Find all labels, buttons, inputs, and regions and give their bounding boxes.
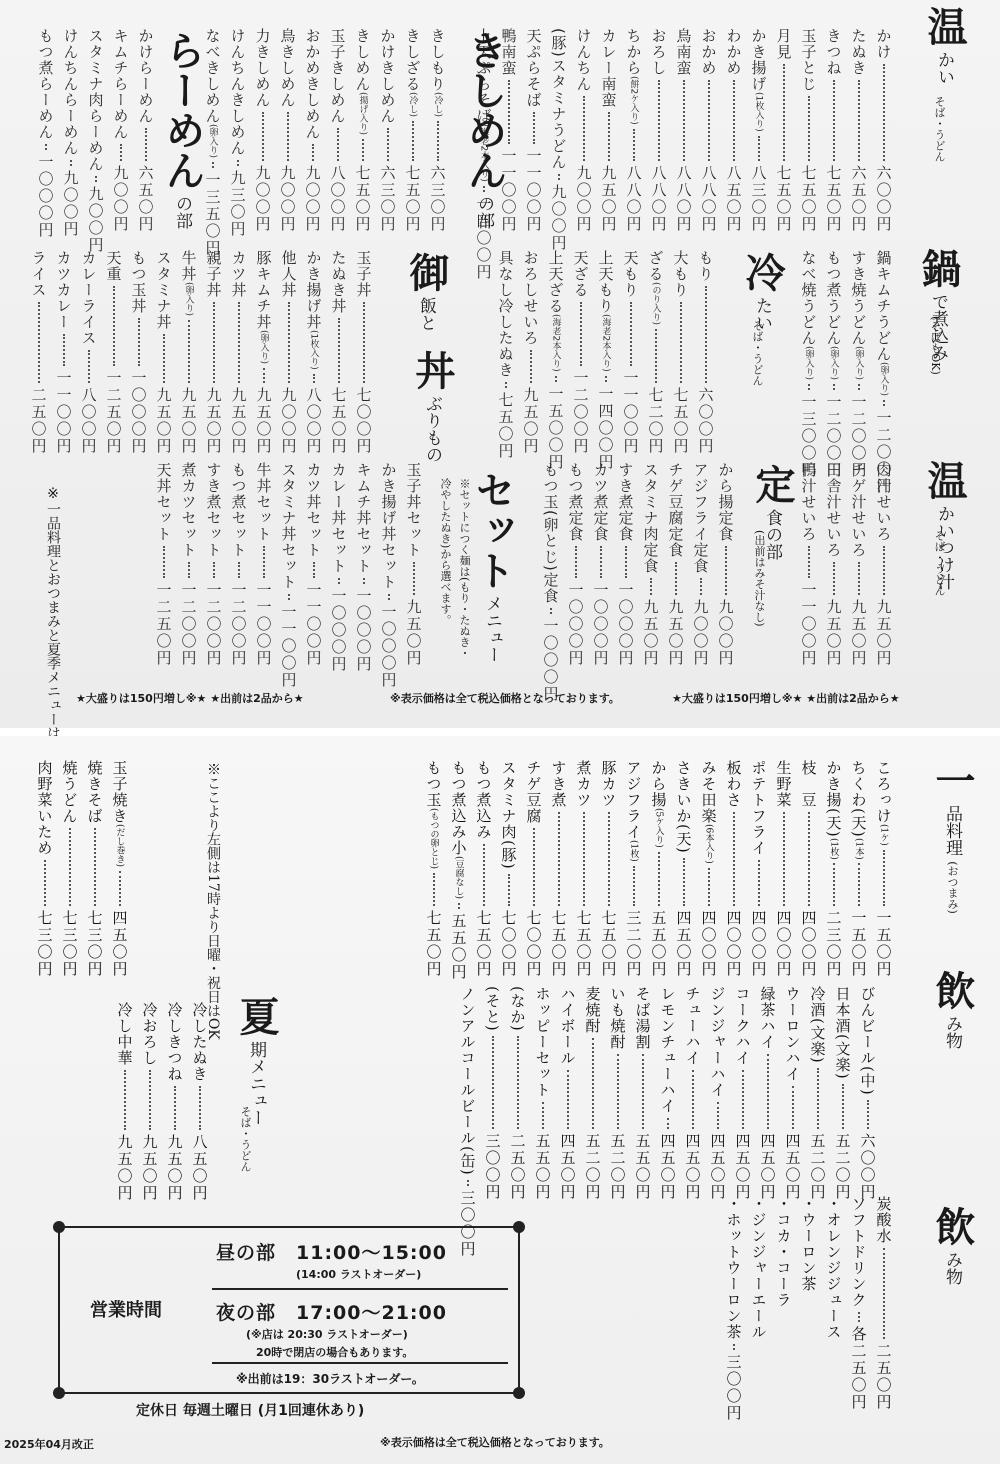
item-name: チューハイ	[682, 986, 704, 1066]
heading-sub: (出前はみそ汁なし)	[753, 530, 766, 627]
menu-item: きつね七五〇円	[821, 28, 846, 233]
item-price: 二五〇円	[28, 387, 50, 455]
item-name: 大もり	[670, 250, 692, 298]
heading-sub: の部	[474, 195, 494, 229]
leader-dots	[238, 562, 240, 578]
leader-dots	[842, 1084, 844, 1129]
heading-sub: (そばもOK)	[929, 316, 942, 375]
leader-dots	[617, 1054, 619, 1129]
evening-list: 玉子焼き(だし巻き)四五〇円焼きそば七三〇円焼うどん七三〇円肉野菜いため七三〇円	[32, 760, 132, 978]
leader-dots	[533, 828, 535, 906]
menu-item: アジフライ(1枚)三二〇円	[621, 760, 646, 978]
item-price: 一五〇〇円	[545, 386, 567, 471]
menu-item: 豚キムチ丼(卵入り)九五〇円	[251, 250, 276, 455]
menu-item: もつ玉(もつの卵とじ)七五〇円	[421, 760, 446, 978]
leader-dots	[188, 320, 190, 383]
item-name: 冷おろし	[139, 1002, 161, 1066]
item-price: 一二五〇円	[103, 370, 125, 455]
item-price: 七〇〇円	[498, 910, 520, 978]
leader-dots	[650, 578, 652, 595]
corner-dot	[513, 1387, 525, 1399]
leader-dots	[95, 176, 97, 182]
item-name: コークハイ	[732, 986, 754, 1066]
item-note: (のり入り)	[645, 282, 667, 325]
leader-dots	[212, 162, 214, 168]
menu-item: もつ煮うどん(卵入り)一二〇〇円	[821, 250, 846, 455]
leader-dots	[583, 812, 585, 906]
item-price: 九五〇円	[848, 599, 870, 667]
heading-sub: の部	[172, 195, 192, 229]
leader-dots	[288, 594, 290, 600]
item-name: 煮カツセット	[178, 462, 200, 558]
item-price: 四〇〇円	[798, 910, 820, 978]
leader-dots	[680, 302, 682, 383]
divider	[212, 1362, 508, 1364]
item-note: (卵入り)	[798, 346, 820, 380]
leader-dots	[337, 128, 339, 161]
item-name: 冷したぬき	[189, 1002, 211, 1082]
item-name: もつ煮うどん	[823, 250, 845, 346]
leader-dots	[725, 546, 727, 595]
leader-dots	[883, 64, 885, 161]
menu-item: 他人丼九〇〇円	[276, 250, 301, 455]
item-note: (卵入り)	[873, 362, 895, 396]
menu-item: (豚)スタミナうどん九〇〇円	[546, 28, 571, 233]
early-close-note: 20時で閉店の場合もあります。	[256, 1344, 413, 1360]
lunch-last-order: (14:00 ラストオーダー)	[296, 1266, 421, 1282]
nabe-list: 鍋キムチうどん(卵入り)一二〇〇円すき焼うどん(卵入り)一二〇〇円もつ煮うどん(…	[796, 250, 896, 455]
heading-sub: そば・うどん	[239, 1106, 252, 1172]
menu-item: わかめ八五〇円	[721, 28, 746, 233]
leader-dots	[630, 302, 632, 366]
leader-dots	[558, 812, 560, 906]
item-price: 九五〇円	[153, 387, 175, 455]
heading-char: セット	[469, 470, 516, 590]
leader-dots	[625, 546, 627, 578]
item-price: 九〇〇円	[715, 599, 737, 667]
menu-item: 肉汁せいろ九五〇円	[871, 462, 896, 667]
item-name: いも焼酎	[607, 986, 629, 1050]
item-name: もつ煮込み	[473, 760, 495, 840]
lunch-hours: 昼の部 11:00〜15:00	[216, 1238, 447, 1265]
menu-item: かき揚(天)(1枚)二三〇円	[821, 760, 846, 978]
item-name: かけ	[873, 28, 895, 60]
item-name: スタミナ丼	[153, 250, 175, 330]
item-price: 各二五〇円	[848, 1326, 870, 1411]
item-name: かき揚(天)	[823, 760, 845, 838]
menu-item: 大もり七五〇円	[668, 250, 693, 455]
menu-item: 玉子焼き(だし巻き)四五〇円	[107, 760, 132, 978]
item-price: 五五〇円	[632, 1133, 654, 1201]
menu-item: もつ煮込み七五〇円	[471, 760, 496, 978]
corner-dot	[53, 1387, 65, 1399]
leader-dots	[313, 374, 315, 383]
item-name: 月見	[773, 28, 795, 60]
item-name: 冷酒(文楽)	[807, 986, 829, 1064]
item-name: きつね	[823, 28, 845, 76]
item-price: 一〇〇〇円	[128, 370, 150, 455]
item-note: (だし巻き)	[109, 824, 131, 867]
menu-item: カレーライス八〇〇円	[76, 250, 101, 455]
item-name: アジフライ	[623, 760, 645, 840]
item-note: (豆腐なし)	[448, 856, 470, 899]
leader-dots	[530, 350, 532, 383]
leader-dots	[783, 812, 785, 906]
item-name: 上天もり	[595, 250, 617, 314]
menu-item: ジンジャーハイ四五〇円	[705, 986, 730, 1201]
item-name: びんビール(中)	[857, 986, 879, 1096]
menu-item: 煮カツセット一二〇〇円	[176, 462, 201, 667]
menu-item: 力きしめん九〇〇円	[250, 28, 275, 233]
menu-item: 月見七五〇円	[771, 28, 796, 233]
leader-dots	[658, 80, 660, 161]
menu-item: キムチ丼セット一〇〇〇円	[351, 462, 376, 667]
item-price: 七五〇円	[798, 165, 820, 233]
item-name: もつ煮らーめん	[35, 28, 57, 140]
leader-dots	[38, 302, 40, 383]
item-name: 生野菜	[773, 760, 795, 808]
leader-dots	[733, 1344, 735, 1350]
leader-dots	[883, 1248, 885, 1339]
item-price: 七二〇円	[645, 387, 667, 455]
item-price: 八〇〇円	[327, 165, 349, 233]
item-name: 冷し中華	[114, 1002, 136, 1066]
item-price: 九五〇円	[114, 1134, 136, 1202]
item-name: ・ジンジャーエール	[748, 1196, 770, 1340]
donburi-heading2: 丼 ぶりもの	[410, 350, 454, 463]
leader-dots	[213, 562, 215, 578]
item-name: すき煮	[548, 760, 570, 808]
leader-dots	[363, 302, 365, 383]
item-name: チゲ豆腐	[523, 760, 545, 824]
item-name: カツ煮定食	[590, 462, 612, 542]
item-price: 六五〇円	[848, 165, 870, 233]
item-name: すき煮セット	[203, 462, 225, 558]
item-name: カツ丼	[228, 250, 250, 298]
item-price: 八八〇円	[673, 165, 695, 233]
summer-list: 冷したぬき八五〇円冷しきつね九五〇円冷おろし九五〇円冷し中華九五〇円	[112, 1002, 212, 1202]
item-price: 一一〇〇円	[620, 370, 642, 455]
item-price: 六〇〇円	[857, 1133, 879, 1201]
leader-dots	[575, 546, 577, 578]
menu-item: かき揚げ丼セット一〇〇〇円	[376, 462, 401, 667]
heading-sub: ぶりもの	[422, 395, 442, 463]
leader-dots	[608, 812, 610, 906]
menu-item: もつ煮セット一二〇〇円	[226, 462, 251, 667]
corner-dot	[513, 1221, 525, 1233]
menu-item: アジフライ定食九〇〇円	[688, 462, 713, 667]
leader-dots	[517, 1036, 519, 1129]
leader-dots	[338, 578, 340, 584]
menu-item: ・ジンジャーエール	[746, 1196, 771, 1411]
item-name: 炭酸水	[873, 1196, 895, 1244]
item-name: 他人丼	[278, 250, 300, 298]
heading-char: らーめん	[159, 30, 206, 190]
menu-item: 肉野菜いため七三〇円	[32, 760, 57, 978]
item-name: もつ玉(卵とじ)定食	[540, 462, 562, 604]
menu-item: ちから(餅2ケ入り)八八〇円	[621, 28, 646, 233]
item-price: 七五〇円	[352, 165, 374, 233]
item-name: おろし	[648, 28, 670, 76]
leader-dots	[413, 562, 415, 595]
leader-dots	[833, 562, 835, 595]
item-name: たぬき	[848, 28, 870, 76]
leader-dots	[199, 1086, 201, 1130]
leader-dots	[708, 868, 710, 906]
menu-item: 鳥南蛮八八〇円	[671, 28, 696, 233]
heading-kana: かい	[934, 51, 954, 85]
dinner-hours: 夜の部 17:00〜21:00	[216, 1298, 447, 1325]
leader-dots	[138, 318, 140, 366]
leader-dots	[700, 578, 702, 595]
menu-item: すき煮定食一〇〇〇円	[613, 462, 638, 667]
menu-item: 生野菜四〇〇円	[771, 760, 796, 978]
menu-item: 親子丼九五〇円	[201, 250, 226, 455]
heading-char: 丼	[409, 350, 456, 390]
leader-dots	[675, 562, 677, 595]
item-price: 五二〇円	[832, 1133, 854, 1201]
item-name: きしもり	[427, 28, 449, 92]
leader-dots	[174, 1086, 176, 1130]
leader-dots	[833, 384, 835, 390]
item-price: 一一〇〇円	[798, 582, 820, 667]
item-price: 七三〇円	[59, 910, 81, 978]
item-name: スタミナ肉(豚)	[498, 760, 520, 870]
item-price: 六三〇円	[377, 165, 399, 233]
item-price: 九〇〇円	[85, 186, 107, 254]
item-price: 九五〇円	[640, 599, 662, 667]
leader-dots	[70, 160, 72, 166]
item-price: 七五〇円	[548, 910, 570, 978]
menu-item: ・コカ・コーラ	[771, 1196, 796, 1411]
item-price: 五二〇円	[807, 1133, 829, 1201]
leader-dots	[858, 1312, 860, 1322]
menu-item: 緑茶ハイ四五〇円	[755, 986, 780, 1201]
leader-dots	[642, 1054, 644, 1129]
menu-item: 天もり一一〇〇円	[618, 250, 643, 455]
menu-item: 上天もり(海老2本入り)一四〇〇円	[593, 250, 618, 455]
leader-dots	[45, 144, 47, 150]
menu-item: 具なし冷したぬき七五〇円	[493, 250, 518, 455]
item-price: 一二〇〇円	[203, 582, 225, 667]
item-name: キムチ丼セット	[353, 462, 375, 574]
item-name: ポテトフライ	[748, 760, 770, 856]
item-name: 玉子丼	[353, 250, 375, 298]
menu-item: 枝 豆四〇〇円	[796, 760, 821, 978]
menu-item: 牛丼(卵入り)九五〇円	[176, 250, 201, 455]
leader-dots	[833, 863, 835, 906]
item-note: (卵入り)	[848, 346, 870, 380]
item-price: 一一〇〇円	[278, 604, 300, 689]
menu-item: 冷酒(文楽)五二〇円	[805, 986, 830, 1201]
item-price: 五五〇円	[532, 1133, 554, 1201]
item-note: (卵入り)	[823, 346, 845, 380]
set-note: ※セットにつく麺は(もり・たぬき・冷やしたぬき)から選べます。	[436, 478, 474, 668]
item-name: かけらーめん	[135, 28, 157, 124]
delivery-last-order: ※出前は19：30ラストオーダー。	[236, 1370, 424, 1387]
menu-item: カレー丼セット一〇〇〇円	[326, 462, 351, 667]
kishimen-list: きしもり(冷し)六三〇円きしざる(冷し)七五〇円かけきしめん六三〇円きしめん(揚…	[200, 28, 450, 233]
item-name: けんちんらーめん	[60, 28, 82, 156]
leader-dots	[742, 1070, 744, 1129]
set-heading: セット メニュー	[470, 470, 514, 663]
menu-item: スタミナ丼九五〇円	[151, 250, 176, 455]
menu-item: コークハイ四五〇円	[730, 986, 755, 1201]
item-price: 四五〇円	[707, 1133, 729, 1201]
leader-dots	[758, 136, 760, 161]
donburi-heading: 御 飯と	[404, 252, 448, 331]
menu-item: スタミナ肉(豚)七〇〇円	[496, 760, 521, 978]
item-price: 四五〇円	[657, 1133, 679, 1201]
item-name: 天重	[103, 250, 125, 282]
heading-char: 飲	[929, 970, 976, 1010]
item-name: (なか)	[507, 986, 529, 1032]
leader-dots	[658, 852, 660, 906]
item-price: 四〇〇円	[698, 910, 720, 978]
heading-char: 鍋	[915, 248, 962, 288]
menu-item: 豚カツ七五〇円	[596, 760, 621, 978]
business-hours-box: 営業時間 昼の部 11:00〜15:00 (14:00 ラストオーダー) 夜の部…	[58, 1226, 520, 1394]
item-name: きしざる	[402, 28, 424, 92]
item-name: ジンジャーハイ	[707, 986, 729, 1098]
item-name: ・コカ・コーラ	[773, 1196, 795, 1308]
item-price: 一五〇円	[873, 910, 895, 978]
item-price: 七五〇円	[573, 910, 595, 978]
item-name: なべ焼うどん	[798, 250, 820, 346]
ippin-heading: 一 品料理 (おつまみ)	[930, 760, 974, 914]
menu-item: ハイボール四五〇円	[555, 986, 580, 1201]
item-name: 焼きそば	[84, 760, 106, 824]
item-price: 一〇〇〇円	[328, 588, 350, 673]
menu-item: おかめきしめん九〇〇円	[300, 28, 325, 233]
menu-item: レモンチューハイ四五〇円	[655, 986, 680, 1201]
menu-item: きしめん(揚げ入り)七五〇円	[350, 28, 375, 233]
item-name: 鳥南蛮	[673, 28, 695, 76]
item-name: かき揚げ	[748, 28, 770, 92]
menu-item: けんちん九〇〇円	[571, 28, 596, 233]
heading-sub: そば・うどん	[933, 530, 946, 596]
item-note: (海老2本入り)	[545, 314, 567, 372]
leader-dots	[69, 828, 71, 906]
menu-item: ちくわ(天)(1本)一五〇円	[846, 760, 871, 978]
menu-item: かけきしめん六三〇円	[375, 28, 400, 233]
menu-item: 冷しきつね九五〇円	[162, 1002, 187, 1202]
rei-list: もり六〇〇円大もり七五〇円ざる(のり入り)七二〇円天もり一一〇〇円上天もり(海老…	[493, 250, 718, 455]
teishoku-list: から揚定食九〇〇円アジフライ定食九〇〇円チゲ豆腐定食九五〇円スタミナ肉定食九五〇…	[538, 462, 738, 667]
item-name: ホッピーセット	[532, 986, 554, 1098]
item-name: たぬき丼	[328, 250, 350, 314]
menu-item: たぬき丼七五〇円	[326, 250, 351, 455]
leader-dots	[483, 844, 485, 906]
item-price: 二五〇円	[873, 1343, 895, 1411]
leader-dots	[213, 302, 215, 383]
item-name: 玉子焼き	[109, 760, 131, 824]
leader-dots	[313, 562, 315, 578]
leader-dots	[808, 546, 810, 578]
item-note: (6本入り)	[698, 824, 720, 864]
leader-dots	[708, 80, 710, 161]
menu-item: もつ煮定食一〇〇〇円	[563, 462, 588, 667]
summer-sub: そば・うどん	[236, 1106, 255, 1172]
menu-item: もつ煮込み小(豆腐なし)五五〇円	[446, 760, 471, 978]
menu-item: すき煮七五〇円	[546, 760, 571, 978]
item-name: 肉野菜いため	[34, 760, 56, 856]
leader-dots	[758, 860, 760, 906]
item-name: 冷しきつね	[164, 1002, 186, 1082]
item-name: スタミナ丼セット	[278, 462, 300, 590]
menu-item: 鳥きしめん九〇〇円	[275, 28, 300, 233]
item-price: 一一〇〇円	[253, 582, 275, 667]
menu-item: 天丼セット一二五〇円	[151, 462, 176, 667]
item-note: (もつの卵とじ)	[423, 808, 445, 869]
menu-item: カツ丼九五〇円	[226, 250, 251, 455]
note-line: ※ここより左側は17時より	[205, 762, 221, 934]
menu-item: チゲ豆腐定食九五〇円	[663, 462, 688, 667]
menu-item: そば湯割五五〇円	[630, 986, 655, 1201]
item-name: ちくわ(天)	[848, 760, 870, 838]
menu-item: きしもり(冷し)六三〇円	[425, 28, 450, 233]
item-name: レモンチューハイ	[657, 986, 679, 1114]
item-name: 天ぷらそば	[523, 28, 545, 108]
menu-item: カレー南蛮九五〇円	[596, 28, 621, 233]
leader-dots	[163, 334, 165, 383]
leader-dots	[113, 286, 115, 366]
item-price: 三二〇円	[623, 910, 645, 978]
item-price: 九五〇円	[139, 1134, 161, 1202]
item-name: 力きしめん	[252, 28, 274, 108]
menu-item: 冷し中華九五〇円	[112, 1002, 137, 1202]
item-name: ソフトドリンク	[848, 1196, 870, 1308]
leader-dots	[188, 562, 190, 578]
footer-center-notice: ※表示価格は全て税込価格となっております。	[390, 690, 620, 706]
item-price: 一四〇〇円	[595, 386, 617, 471]
item-price: 九五〇円	[520, 387, 542, 455]
heading-char: 定	[749, 464, 796, 504]
teishoku-sub: (出前はみそ汁なし)	[750, 530, 769, 627]
menu-item: もつ玉(卵とじ)定食一〇〇〇円	[538, 462, 563, 667]
item-price: 九五〇円	[873, 599, 895, 667]
menu-item: おかめ八八〇円	[696, 28, 721, 233]
item-note: (海老2本入り)	[595, 314, 617, 372]
item-name: かけきしめん	[377, 28, 399, 124]
item-name: きしめん	[352, 28, 374, 92]
leader-dots	[883, 400, 885, 406]
menu-item: 焼うどん七三〇円	[57, 760, 82, 978]
leader-dots	[808, 812, 810, 906]
leader-dots	[542, 1102, 544, 1129]
leader-dots	[867, 1100, 869, 1129]
item-price: 七五〇円	[473, 910, 495, 978]
item-price: 七五〇円	[670, 387, 692, 455]
item-price: 九三〇円	[227, 170, 249, 238]
menu-item: たぬき六五〇円	[846, 28, 871, 233]
leader-dots	[533, 112, 535, 144]
closed-days: 定休日 毎週土曜日 (月1回連休あり)	[136, 1400, 364, 1420]
item-name: ・ホットウーロン茶	[723, 1196, 745, 1340]
leader-dots	[362, 139, 364, 161]
set-list: 玉子丼セット九五〇円かき揚げ丼セット一〇〇〇円キムチ丼セット一〇〇〇円カレー丼セ…	[151, 462, 426, 667]
leader-dots	[580, 302, 582, 366]
drinks-heading: 飲 み物	[930, 970, 974, 1049]
menu-item: (そと)三〇〇円	[480, 986, 505, 1201]
heading-kana: 飯と	[416, 297, 436, 331]
item-name: すき煮定食	[615, 462, 637, 542]
item-price: 九〇〇円	[548, 184, 570, 252]
item-name: そば湯割	[632, 986, 654, 1050]
item-name: カレーライス	[78, 250, 100, 346]
menu-item: 冷おろし九五〇円	[137, 1002, 162, 1202]
item-name: みそ田楽	[698, 760, 720, 824]
